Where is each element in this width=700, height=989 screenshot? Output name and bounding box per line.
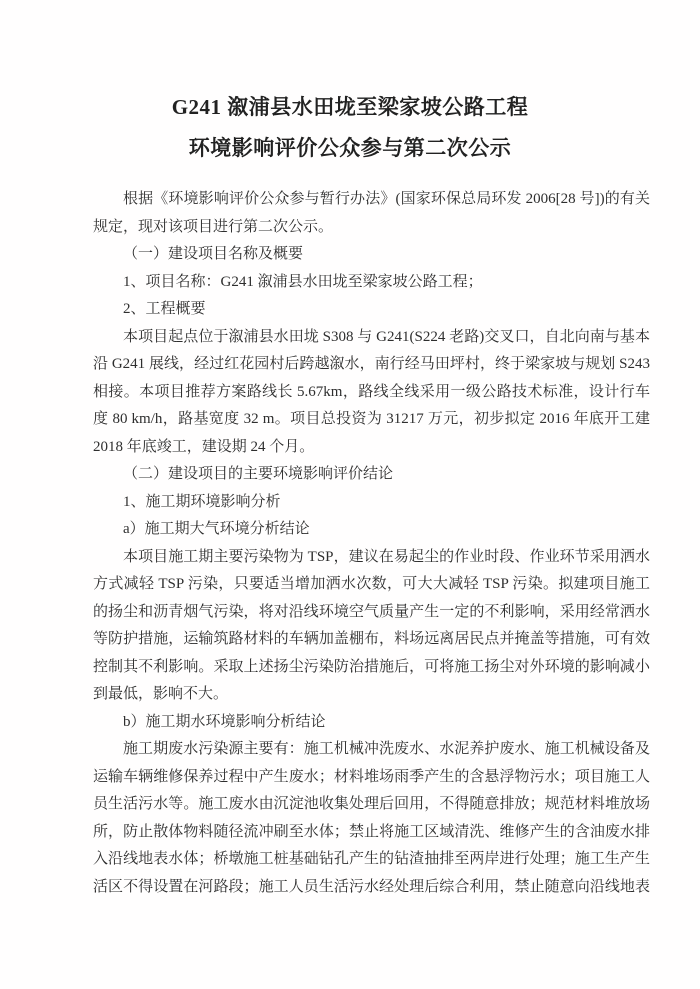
text-line: （二）建设项目的主要环境影响评价结论 (93, 461, 650, 489)
text-line: 施工期废水污染源主要有：施工机械冲洗废水、水泥养护废水、施工机械设备及 (93, 736, 650, 764)
text-line: 度 80 km/h，路基宽度 32 m。项目总投资为 31217 万元，初步拟定… (93, 406, 650, 434)
text-line: 2、工程概要 (93, 296, 650, 324)
text-line: 到最低，影响不大。 (93, 681, 650, 709)
text-line: 所，防止散体物料随径流冲刷至水体；禁止将施工区域清洗、维修产生的含油废水排 (93, 819, 650, 847)
text-line: （一）建设项目名称及概要 (93, 241, 650, 269)
text-line: 的扬尘和沥青烟气污染，将对沿线环境空气质量产生一定的不利影响，采用经常洒水 (93, 599, 650, 627)
text-line: 沿 G241 展线，经过红花园村后跨越溆水，南行经马田坪村，终于梁家坡与规划 S… (93, 351, 650, 379)
text-line: 控制其不利影响。采取上述扬尘污染防治措施后，可将施工扬尘对外环境的影响减小 (93, 654, 650, 682)
text-line: 方式减轻 TSP 污染，只要适当增加洒水次数，可大大减轻 TSP 污染。拟建项目… (93, 571, 650, 599)
text-line: 入沿线地表水体；桥墩施工桩基础钻孔产生的钻渣抽排至两岸进行处理；施工生产生 (93, 846, 650, 874)
text-line: 活区不得设置在河路段；施工人员生活污水经处理后综合利用，禁止随意向沿线地表 (93, 874, 650, 902)
text-line: 运输车辆维修保养过程中产生废水；材料堆场雨季产生的含悬浮物污水；项目施工人 (93, 764, 650, 792)
text-line: 相接。本项目推荐方案路线长 5.67km，路线全线采用一级公路技术标准，设计行车… (93, 379, 650, 407)
document-title-line-1: G241 溆浦县水田垅至梁家坡公路工程 (0, 87, 700, 128)
text-line: 2018 年底竣工，建设期 24 个月。 (93, 434, 650, 462)
text-line: 根据《环境影响评价公众参与暂行办法》(国家环保总局环发 2006[28 号])的… (93, 186, 650, 214)
text-line: 1、施工期环境影响分析 (93, 489, 650, 517)
document-body: 根据《环境影响评价公众参与暂行办法》(国家环保总局环发 2006[28 号])的… (93, 186, 650, 901)
text-line: 本项目起点位于溆浦县水田垅 S308 与 G241(S224 老路)交叉口，自北… (93, 324, 650, 352)
document-title: G241 溆浦县水田垅至梁家坡公路工程 环境影响评价公众参与第二次公示 (0, 0, 700, 169)
text-line: 本项目施工期主要污染物为 TSP，建议在易起尘的作业时段、作业环节采用洒水 (93, 544, 650, 572)
text-line: 等防护措施，运输筑路材料的车辆加盖棚布，料场远离居民点并掩盖等措施，可有效 (93, 626, 650, 654)
text-line: 规定，现对该项目进行第二次公示。 (93, 214, 650, 242)
text-line: a）施工期大气环境分析结论 (93, 516, 650, 544)
text-line: 员生活污水等。施工废水由沉淀池收集处理后回用，不得随意排放；规范材料堆放场 (93, 791, 650, 819)
text-line: 1、项目名称：G241 溆浦县水田垅至梁家坡公路工程； (93, 269, 650, 297)
document-title-line-2: 环境影响评价公众参与第二次公示 (0, 128, 700, 169)
text-line: b）施工期水环境影响分析结论 (93, 709, 650, 737)
document-page: G241 溆浦县水田垅至梁家坡公路工程 环境影响评价公众参与第二次公示 根据《环… (0, 0, 700, 989)
